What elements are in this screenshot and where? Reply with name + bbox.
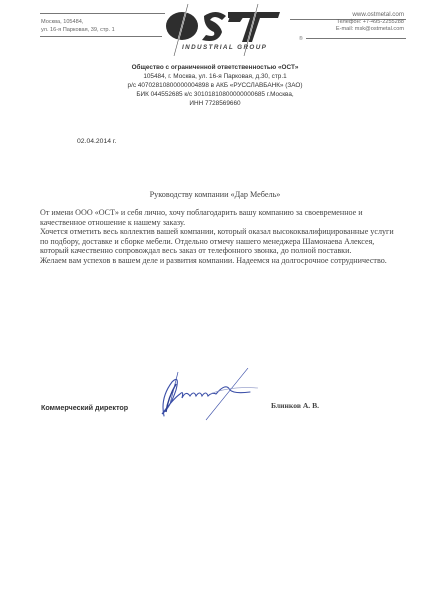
letter-addressee: Руководству компании «Дар Мебель»	[100, 190, 330, 199]
header-rule-left	[40, 13, 165, 14]
signatory-title: Коммерческий директор	[41, 403, 128, 412]
company-logo: INDUSTRIAL GROUP	[160, 2, 290, 56]
letter-body: От имени ООО «ОСТ» и себя лично, хочу по…	[40, 208, 400, 266]
address-line-2: ул. 16-я Парковая, 39, стр. 1	[41, 27, 115, 35]
letter-date: 02.04.2014 г.	[77, 138, 116, 145]
signature-icon	[150, 368, 260, 423]
address-line-1: Москва, 105484,	[41, 19, 115, 27]
registered-mark: ®	[299, 36, 303, 42]
header-rule-left-bottom	[40, 36, 162, 37]
logo-subtitle: INDUSTRIAL GROUP	[182, 44, 267, 51]
email-link[interactable]: E-mail: msk@ostmetal.com	[336, 26, 404, 34]
website-link[interactable]: www.ostmetal.com	[336, 11, 404, 19]
body-paragraph-3: Желаем вам успехов в вашем деле и развит…	[40, 256, 400, 266]
body-paragraph-1: От имени ООО «ОСТ» и себя лично, хочу по…	[40, 208, 400, 227]
signatory-name: Блинков А. В.	[271, 401, 319, 410]
organization-bik: БИК 044552685 к/с 30101810800000000685 г…	[100, 90, 330, 99]
organization-bank-account: р/с 40702810800000004898 в АКБ «РУССЛАВБ…	[100, 81, 330, 90]
letterhead-address: Москва, 105484, ул. 16-я Парковая, 39, с…	[41, 19, 115, 34]
organization-name: Общество с ограниченной ответственностью…	[100, 63, 330, 72]
organization-details: Общество с ограниченной ответственностью…	[100, 63, 330, 108]
organization-address: 105484, г. Москва, ул. 16-я Парковая, д.…	[100, 72, 330, 81]
organization-inn: ИНН 7728569660	[100, 99, 330, 108]
header-rule-right	[306, 38, 406, 39]
handwritten-signature	[150, 368, 260, 423]
letterhead-contacts: www.ostmetal.com Телефон: +7-495-2255288…	[336, 11, 404, 34]
phone-text: Телефон: +7-495-2255288	[336, 19, 404, 27]
body-paragraph-2: Хочется отметить весь коллектив вашей ко…	[40, 227, 400, 256]
